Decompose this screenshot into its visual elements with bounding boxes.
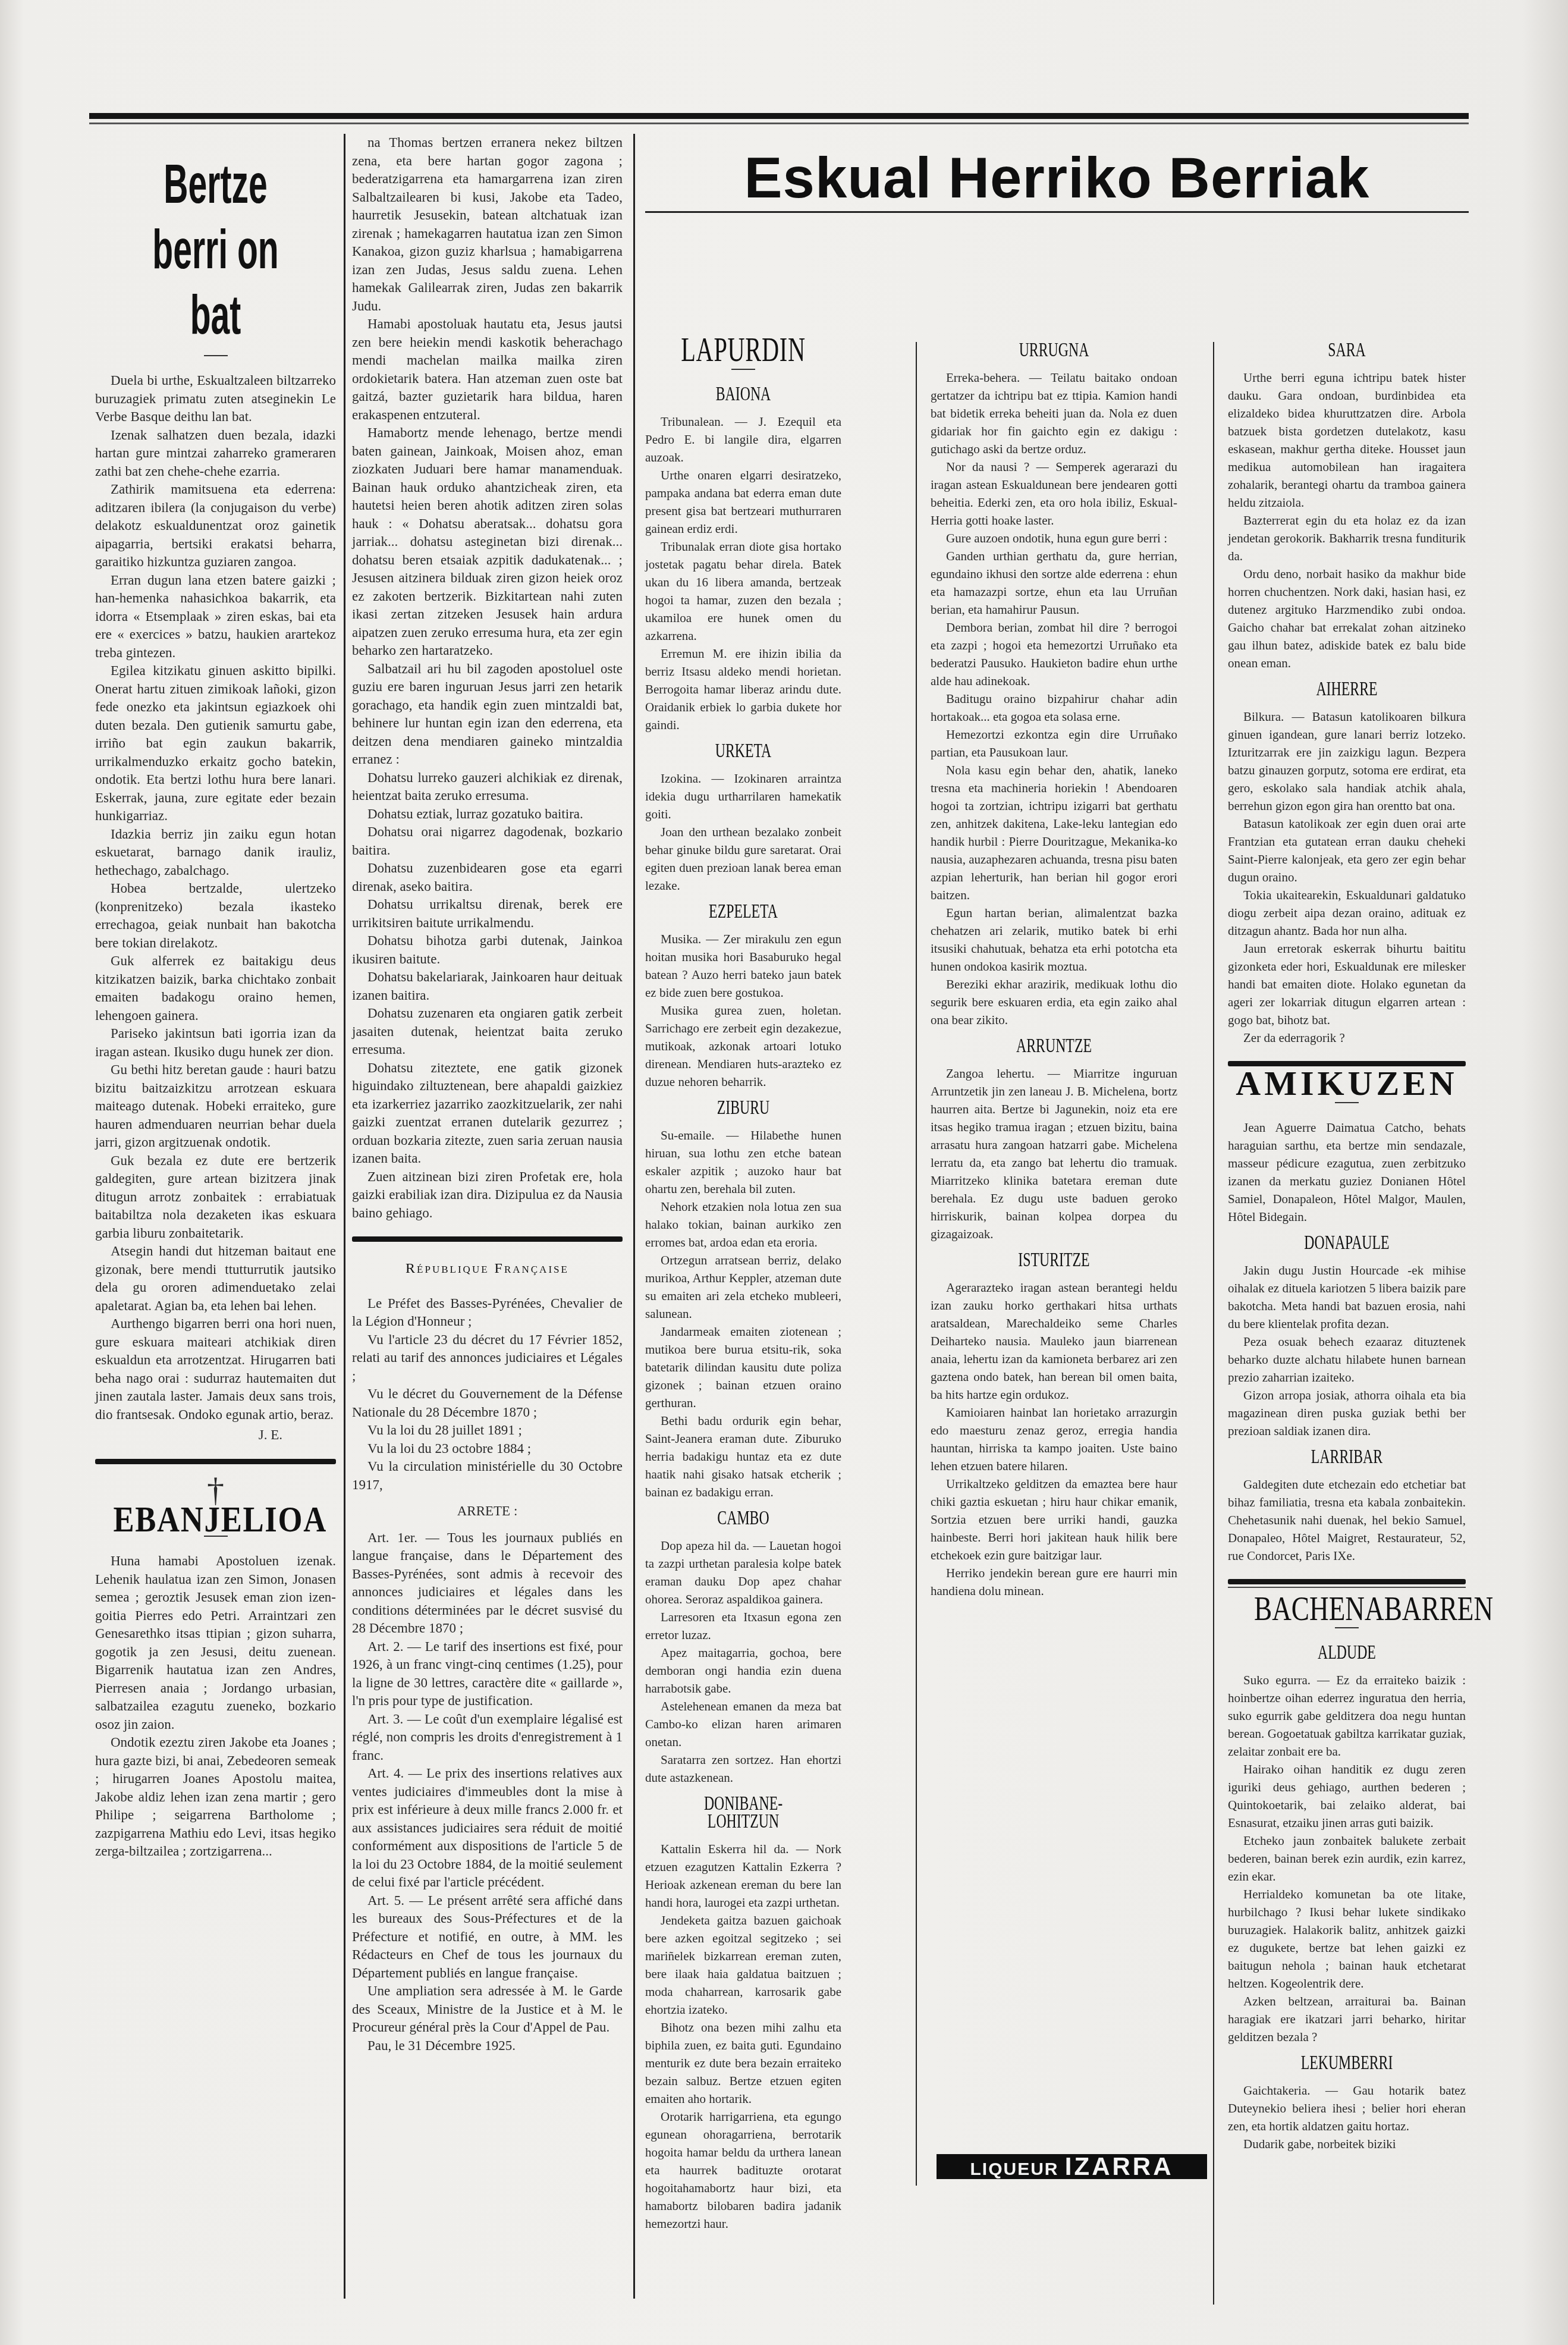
masthead-title: Eskual Herriko Berriak	[645, 146, 1469, 211]
paragraph: Pariseko jakintsun bati igorria izan da …	[95, 1025, 336, 1061]
paragraph: Zangoa lehertu. — Miarritze inguruan Arr…	[931, 1065, 1177, 1243]
paragraph: Dohatsu urrikaltsu direnak, berek ere ur…	[352, 896, 623, 932]
section-heading: LEKUMBERRI	[1264, 2054, 1430, 2072]
column-5: SARAUrthe berri eguna ichtripu batek his…	[1228, 333, 1466, 2153]
paragraph: Salbatzail ari hu bil zagoden apostoluel…	[352, 660, 623, 769]
paragraph: Izokina. — Izokinaren arraintza idekia d…	[645, 770, 841, 823]
paragraph: Gu bethi hitz beretan gaude : hauri batz…	[95, 1061, 336, 1152]
paragraph: Dohatsu eztiak, lurraz gozatuko baitira.	[352, 805, 623, 824]
paragraph: Izenak salhatzen duen bezala, idazki har…	[95, 426, 336, 481]
paragraph: Zuen aitzinean bizi ziren Profetak ere, …	[352, 1168, 623, 1223]
divider	[731, 369, 755, 370]
section-heading: CAMBO	[675, 1509, 812, 1527]
region-heading: LAPURDIN	[673, 341, 814, 359]
section-rule	[352, 1236, 623, 1242]
paragraph: Tribunalean. — J. Ezequil eta Pedro E. b…	[645, 413, 841, 466]
paragraph: Etcheko jaun zonbaitek balukete zerbait …	[1228, 1832, 1466, 1885]
paragraph: Bilkura. — Batasun katolikoaren bilkura …	[1228, 708, 1466, 815]
paragraph: Nor da nausi ? — Semperek agerarazi du i…	[931, 458, 1177, 529]
paragraph: Dop apeza hil da. — Lauetan hogoi ta zaz…	[645, 1537, 841, 1608]
paragraph: Guk alferrek ez baitakigu deus kitzikatz…	[95, 952, 336, 1025]
paragraph: Vu la circulation ministérielle du 30 Oc…	[352, 1458, 623, 1494]
paragraph: Dohatsu bakelariarak, Jainkoaren haur de…	[352, 968, 623, 1004]
masthead-rule	[645, 211, 1469, 213]
ad-prefix: LIQUEUR	[970, 2159, 1059, 2179]
paragraph: Dohatsu orai nigarrez dagodenak, bozkari…	[352, 823, 623, 859]
ebanjelioa-body: Huna hamabi Apostoluen izenak. Lehenik h…	[95, 1552, 336, 1861]
section-heading: AIHERRE	[1264, 680, 1430, 698]
paragraph: Dohatsu ziteztete, ene gatik gizonek hig…	[352, 1059, 623, 1168]
paragraph: Nola kasu egin behar den, ahatik, laneko…	[931, 761, 1177, 904]
paragraph: Urthe berri eguna ichtripu batek hister …	[1228, 369, 1466, 511]
column-divider	[344, 134, 345, 2299]
paragraph: Azken beltzean, arraiturai ba. Bainan ha…	[1228, 1992, 1466, 2046]
headline-bertze-berri: Bertze berri on bat	[141, 152, 290, 348]
paragraph: Huna hamabi Apostoluen izenak. Lehenik h…	[95, 1552, 336, 1734]
paragraph: Gizon arropa josiak, athorra oihala eta …	[1228, 1386, 1466, 1440]
section-heading: ARRUNTZE	[967, 1037, 1140, 1055]
top-rule	[89, 113, 1469, 119]
paragraph: Zathirik mamitsuena eta ederrena: aditza…	[95, 481, 336, 572]
paragraph: Bereziki ekhar arazirik, medikuak lothu …	[931, 975, 1177, 1029]
paragraph: Galdegiten dute etchezain edo etchetiar …	[1228, 1476, 1466, 1565]
paragraph: Art. 3. — Le coût d'un exemplaire légali…	[352, 1710, 623, 1765]
paragraph: Guk bezala ez dute ere bertzerik galdegi…	[95, 1152, 336, 1243]
headline-ebanjelioa: EBANJELIOA	[113, 1511, 318, 1529]
paragraph: Kattalin Eskerra hil da. — Nork etzuen e…	[645, 1840, 841, 1911]
paragraph: Saratarra zen sortzez. Han ehortzi dute …	[645, 1751, 841, 1787]
paragraph: Dudarik gabe, norbeitek biziki	[1228, 2135, 1466, 2153]
paragraph: Bihotz ona bezen mihi zalhu eta biphila …	[645, 2018, 841, 2108]
paragraph: Ortzegun arratsean berriz, delako muriko…	[645, 1251, 841, 1323]
paragraph: Vu l'article 23 du décret du 17 Février …	[352, 1331, 623, 1386]
region-sections: URRUGNAErreka-behera. — Teilatu baitako …	[931, 341, 1177, 1600]
paragraph: Jakin dugu Justin Hourcade -ek mihise oi…	[1228, 1261, 1466, 1333]
paragraph: Vu la loi du 28 juillet 1891 ;	[352, 1421, 623, 1440]
section-rule	[95, 1459, 336, 1464]
paragraph: Urthe onaren elgarri desiratzeko, pampak…	[645, 466, 841, 538]
paragraph: Dohatsu lurreko gauzeri alchikiak ez dir…	[352, 769, 623, 805]
paragraph: Idazkia berriz jin zaiku egun hotan esku…	[95, 825, 336, 880]
paragraph: Hamabi apostoluak hautatu eta, Jesus jau…	[352, 315, 623, 424]
paragraph: Jandarmeak emaiten ziotenean ; mutikoa b…	[645, 1323, 841, 1412]
paragraph: Ondotik ezeztu ziren Jakobe eta Joanes ;…	[95, 1734, 336, 1861]
paragraph: Astelehenean emanen da meza bat Cambo-ko…	[645, 1697, 841, 1751]
paragraph: Dohatsu bihotza garbi dutenak, Jainkoa i…	[352, 932, 623, 968]
column-divider	[916, 342, 917, 2186]
region-sections: SARAUrthe berri eguna ichtripu batek his…	[1228, 341, 1466, 1565]
paragraph: Peza osuak behech ezaaraz dituztenek beh…	[1228, 1333, 1466, 1386]
section-heading: EZPELETA	[675, 903, 812, 921]
paragraph: Jendeketa gaitza bazuen gaichoak bere az…	[645, 1911, 841, 2018]
paragraph: Hamabortz mende lehenago, bertze mendi b…	[352, 424, 623, 660]
author-signature: J. E.	[95, 1426, 336, 1445]
paragraph: Zer da ederragorik ?	[1228, 1029, 1466, 1047]
paragraph: Larresoren eta Itxasun egona zen erretor…	[645, 1608, 841, 1644]
paragraph: Suko egurra. — Ez da erraiteko baizik : …	[1228, 1671, 1466, 1760]
paragraph: Herriko jendekin berean gure ere haurri …	[931, 1564, 1177, 1600]
paragraph: Hairako oihan handitik ez dugu zeren igu…	[1228, 1760, 1466, 1832]
paragraph: Tribunalak erran diote gisa hortako jost…	[645, 538, 841, 645]
paragraph: Urrikaltzeko gelditzen da emaztea bere h…	[931, 1475, 1177, 1564]
section-heading: DONIBANE-LOHITZUN	[675, 1795, 812, 1831]
paragraph: Joan den urthean bezalako zonbeit behar …	[645, 823, 841, 894]
paragraph: Aurthengo bigarren berri ona hori nuen, …	[95, 1315, 336, 1424]
arrete-heading: ARRETE :	[352, 1502, 623, 1521]
paragraph: Tokia ukaitearekin, Eskualdunari galdatu…	[1228, 886, 1466, 940]
paragraph: Egun hartan berian, alimalentzat bazka c…	[931, 904, 1177, 975]
column-divider	[633, 134, 635, 2299]
paragraph: Herrialdeko komunetan ba ote litake, hur…	[1228, 1885, 1466, 1992]
dateline: Pau, le 31 Décembre 1925.	[352, 2037, 623, 2055]
section-heading: AMIKUZEN	[1228, 1075, 1466, 1093]
paragraph: Le Préfet des Basses-Pyrénées, Chevalier…	[352, 1295, 623, 1331]
paragraph: Atsegin handi dut hitzeman baitaut ene g…	[95, 1242, 336, 1315]
section-heading: DONAPAULE	[1264, 1234, 1430, 1252]
paragraph: Art. 5. — Le présent arrêté sera affiché…	[352, 1892, 623, 1983]
paragraph: Hemezortzi ezkontza egin dire Urruñako p…	[931, 726, 1177, 761]
column-1: Bertze berri on bat Duela bi urthe, Esku…	[95, 134, 336, 1861]
paragraph: Bazterrerat egin du eta holaz ez da izan…	[1228, 511, 1466, 565]
paragraph: Jean Aguerre Daimatua Catcho, behats har…	[1228, 1119, 1466, 1226]
paragraph: Dembora berian, zombat hil dire ? berrog…	[931, 619, 1177, 690]
paragraph: Ganden urthian gerthatu da, gure herrian…	[931, 547, 1177, 619]
article-continuation: na Thomas bertzen erranera nekez biltzen…	[352, 134, 623, 1222]
paragraph: Ordu deno, norbait hasiko da makhur bide…	[1228, 565, 1466, 672]
paragraph: Musika gurea zuen, holetan. Sarrichago e…	[645, 1002, 841, 1091]
section-heading: URRUGNA	[967, 341, 1140, 359]
paragraph: Bethi badu ordurik egin behar, Saint-Jea…	[645, 1412, 841, 1501]
paragraph: Erremun M. ere ihizin ibilia da berriz I…	[645, 645, 841, 734]
section-rule	[1228, 1579, 1466, 1584]
paragraph: Dohatsu zuzenaren eta ongiaren gatik zer…	[352, 1004, 623, 1059]
article-body: Duela bi urthe, Eskualtzaleen biltzarrek…	[95, 372, 336, 1424]
paragraph: Hobea bertzalde, ulertzeko (konprenitzek…	[95, 880, 336, 952]
paragraph: Nehork etzakien nola lotua zen sua halak…	[645, 1198, 841, 1251]
top-rule-thin	[89, 123, 1469, 124]
region-sections: ALDUDESuko egurra. — Ez da erraiteko bai…	[1228, 1644, 1466, 2153]
column-divider	[1213, 342, 1214, 2305]
paragraph: Art. 2. — Le tarif des insertions est fi…	[352, 1638, 623, 1710]
section-rule-thin	[1228, 1587, 1466, 1588]
region-sections: BAIONATribunalean. — J. Ezequil eta Pedr…	[645, 385, 841, 2233]
newspaper-page: Eskual Herriko Berriak Bertze berri on b…	[0, 0, 1568, 2345]
section-heading: URKETA	[675, 742, 812, 760]
advertisement-izarra: LIQUEUR IZARRA	[937, 2154, 1207, 2179]
official-articles: Art. 1er. — Tous les journaux publiés en…	[352, 1529, 623, 2037]
paragraph: Jaun erretorak eskerrak bihurtu baititu …	[1228, 940, 1466, 1029]
paragraph: Vu le décret du Gouvernement de la Défen…	[352, 1385, 623, 1421]
paragraph: Art. 1er. — Tous les journaux publiés en…	[352, 1529, 623, 1638]
paragraph: Gaichtakeria. — Gau hotarik batez Duteyn…	[1228, 2082, 1466, 2135]
section-heading: ZIBURU	[675, 1099, 812, 1117]
paragraph: Apez maitagarria, gochoa, bere demboran …	[645, 1644, 841, 1697]
official-notice-title: République Française	[352, 1260, 623, 1278]
column-3: LAPURDIN BAIONATribunalean. — J. Ezequil…	[645, 333, 841, 2233]
ad-brand: IZARRA	[1065, 2152, 1174, 2180]
paragraph: Orotarik harrigarriena, eta egungo egune…	[645, 2108, 841, 2233]
paragraph: Une ampliation sera adressée à M. le Gar…	[352, 1982, 623, 2037]
section-heading: ALDUDE	[1264, 1644, 1430, 1662]
section-heading: ISTURITZE	[967, 1251, 1140, 1269]
paragraph: Vu la loi du 23 octobre 1884 ;	[352, 1440, 623, 1458]
paragraph: na Thomas bertzen erranera nekez biltzen…	[352, 134, 623, 315]
official-notice-body: Le Préfet des Basses-Pyrénées, Chevalier…	[352, 1295, 623, 1495]
paragraph: Duela bi urthe, Eskualtzaleen biltzarrek…	[95, 372, 336, 426]
paragraph: Su-emaile. — Hilabethe hunen hiruan, sua…	[645, 1126, 841, 1198]
section-heading: LARRIBAR	[1264, 1448, 1430, 1466]
paragraph: Erreka-behera. — Teilatu baitako ondoan …	[931, 369, 1177, 458]
paragraph: Dohatsu zuzenbidearen gose eta egarri di…	[352, 859, 623, 896]
divider	[204, 355, 228, 356]
column-2: na Thomas bertzen erranera nekez biltzen…	[352, 134, 623, 2055]
paragraph: Agerarazteko iragan astean berantegi hel…	[931, 1279, 1177, 1404]
section-heading: SARA	[1264, 341, 1430, 359]
column-4: URRUGNAErreka-behera. — Teilatu baitako …	[931, 333, 1177, 1600]
paragraph: Gure auzoen ondotik, huna egun gure berr…	[931, 529, 1177, 547]
section-heading: BAIONA	[675, 385, 812, 403]
paragraph: Baditugu oraino bizpahirur chahar adin h…	[931, 690, 1177, 726]
region-heading: BACHENABARREN	[1254, 1600, 1440, 1618]
paragraph: Musika. — Zer mirakulu zen egun hoitan m…	[645, 930, 841, 1002]
paragraph: Art. 4. — Le prix des insertions relativ…	[352, 1765, 623, 1892]
paragraph: Kamioiaren hainbat lan horietako arrazur…	[931, 1404, 1177, 1475]
paragraph: Erran dugun lana etzen batere gaizki ; h…	[95, 572, 336, 663]
paragraph: Egilea kitzikatu ginuen askitto bipilki.…	[95, 662, 336, 825]
paragraph: Batasun katolikoak zer egin duen orai ar…	[1228, 815, 1466, 886]
